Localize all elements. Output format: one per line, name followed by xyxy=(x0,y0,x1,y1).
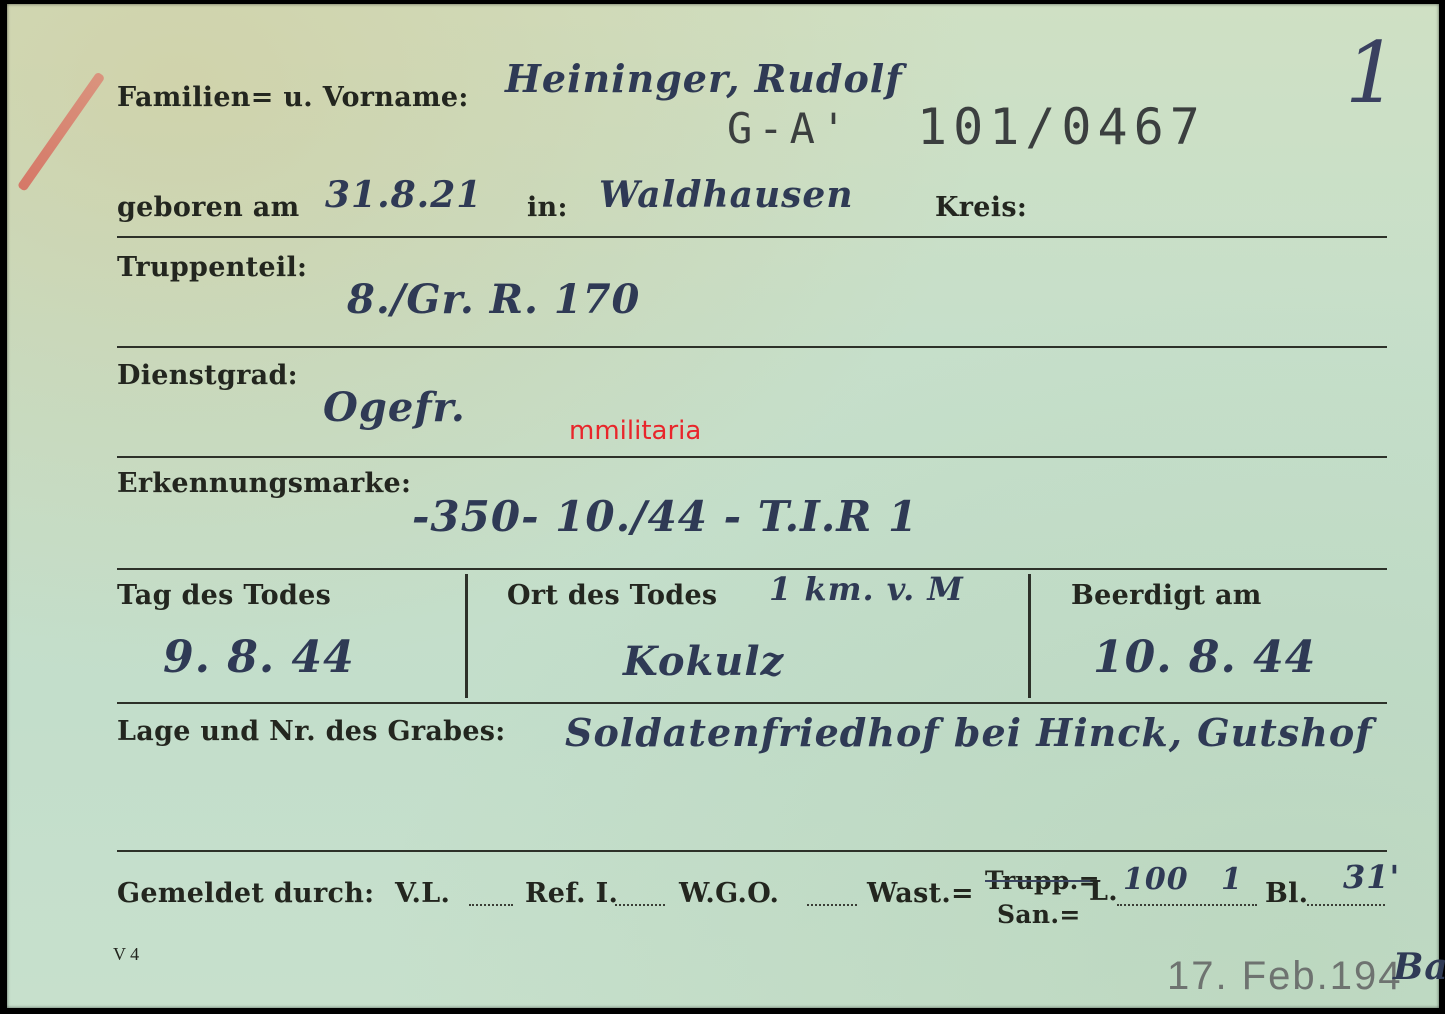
reported-by-option-wast: Wast.= xyxy=(867,878,974,909)
column-divider xyxy=(1028,574,1031,698)
death-date-value: 9. 8. 44 xyxy=(163,632,355,683)
l-label: L. xyxy=(1089,876,1118,907)
death-place-value-line1: 1 km. v. M xyxy=(769,570,964,608)
district-label: Kreis: xyxy=(935,192,1027,223)
reported-by-label: Gemeldet durch: xyxy=(117,878,374,909)
divider xyxy=(117,850,1387,852)
rank-value: Ogefr. xyxy=(323,384,466,431)
birth-place-label: in: xyxy=(527,192,568,223)
divider xyxy=(117,236,1387,238)
grave-value: Soldatenfriedhof bei Hinck, Gutshof xyxy=(565,710,1373,755)
index-card: 1 Familien= u. Vorname: Heininger, Rudol… xyxy=(7,4,1439,1008)
l-value: 100 xyxy=(1123,862,1189,897)
name-value: Heininger, Rudolf xyxy=(505,56,903,101)
l-suffix: 1 xyxy=(1221,862,1243,897)
column-divider xyxy=(465,574,468,698)
id-tag-label: Erkennungsmarke: xyxy=(117,468,411,499)
divider xyxy=(117,568,1387,570)
dotted-line xyxy=(807,904,857,906)
burial-date-label: Beerdigt am xyxy=(1071,580,1262,611)
id-tag-value: -350- 10./44 - T.I.R 1 xyxy=(412,492,918,541)
death-place-label: Ort des Todes xyxy=(507,580,717,611)
birth-date-label: geboren am xyxy=(117,192,299,223)
watermark: mmilitaria xyxy=(569,416,701,446)
divider xyxy=(117,346,1387,348)
reported-by-option-vl: V.L. xyxy=(395,878,450,909)
file-number-prefix: G-A' xyxy=(727,104,852,153)
san-label: San.= xyxy=(997,900,1081,929)
dotted-line xyxy=(615,904,665,906)
rank-label: Dienstgrad: xyxy=(117,360,298,391)
death-place-value-line2: Kokulz xyxy=(623,638,784,685)
reported-by-option-wgo: W.G.O. xyxy=(679,878,779,909)
unit-value: 8./Gr. R. 170 xyxy=(347,276,640,323)
dotted-line xyxy=(1117,904,1257,906)
received-initials: Ba xyxy=(1393,946,1445,988)
grave-label: Lage und Nr. des Grabes: xyxy=(117,716,506,747)
trupp-label: Trupp.= xyxy=(985,866,1100,895)
form-code: V 4 xyxy=(113,944,139,965)
death-date-label: Tag des Todes xyxy=(117,580,331,611)
unit-label: Truppenteil: xyxy=(117,252,307,283)
birth-place-value: Waldhausen xyxy=(599,174,854,216)
divider xyxy=(117,456,1387,458)
birth-date-value: 31.8.21 xyxy=(325,174,482,216)
corner-check-mark: 1 xyxy=(1345,24,1398,122)
bl-label: Bl. xyxy=(1265,878,1308,909)
red-crayon-mark xyxy=(17,71,105,191)
dotted-line xyxy=(1307,904,1385,906)
reported-by-option-ref: Ref. I. xyxy=(525,878,618,909)
name-label: Familien= u. Vorname: xyxy=(117,82,469,113)
file-number: 101/0467 xyxy=(917,98,1206,156)
burial-date-value: 10. 8. 44 xyxy=(1093,632,1316,683)
received-date-stamp: 17. Feb.194 xyxy=(1167,954,1403,999)
divider xyxy=(117,702,1387,704)
dotted-line xyxy=(469,904,513,906)
bl-value: 31' xyxy=(1343,858,1400,896)
